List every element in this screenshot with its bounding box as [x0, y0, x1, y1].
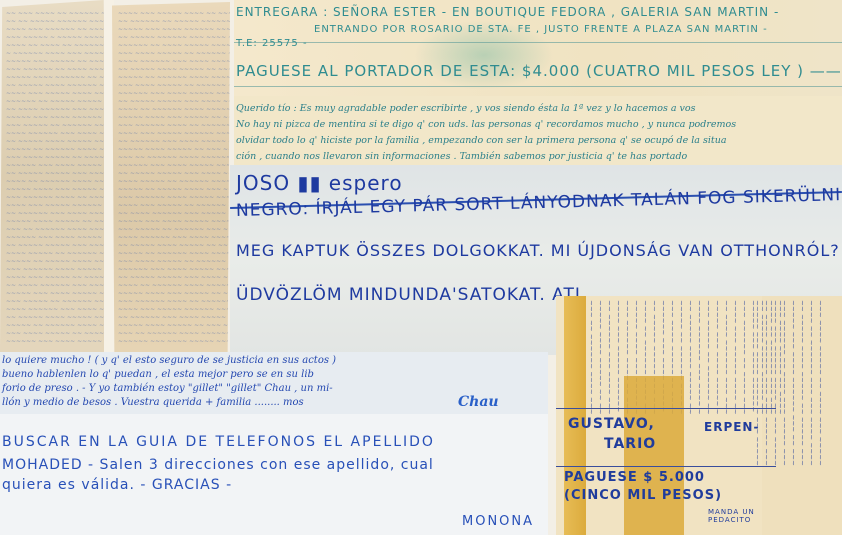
note-hu-top: JOSO ▮▮ espero: [236, 171, 403, 195]
ticket-gustavo: GUSTAVO, TARIO ERPEN- PAGUESE $ 5.000 (C…: [556, 408, 776, 518]
letter-line: olvidar todo lo q' hiciste por la famili…: [236, 133, 736, 149]
ticket-payment-2: (CINCO MIL PESOS): [564, 488, 722, 503]
note-lines: lo quiere mucho ! ( y q' el esto seguro …: [2, 354, 336, 410]
monona-line-1: BUSCAR EN LA GUIA DE TELEFONOS EL APELLI…: [2, 434, 435, 450]
note-line: forio de preso . - Y yo también estoy "g…: [2, 382, 336, 396]
ticket-name-1: GUSTAVO,: [568, 416, 655, 432]
receipt-phone: T.E: 25575 -: [236, 38, 308, 49]
receipt-note: ENTREGARA : SEÑORA ESTER - EN BOUTIQUE F…: [234, 0, 842, 96]
ticket-payment-1: PAGUESE $ 5.000: [564, 470, 705, 485]
receipt-payment: PAGUESE AL PORTADOR DE ESTA: $4.000 (CUA…: [236, 62, 842, 80]
monona-signature: MONONA: [462, 514, 534, 529]
signature-chau: Chau: [458, 394, 499, 410]
collage-bottom-right: ~~~ ~~~~ ~~~~~ ~~ ~~~~ ~~~~ ~~ ~~~~~~ ~~…: [556, 296, 842, 535]
ruled-line: [234, 42, 842, 43]
monona-line-3: quiera es válida. - GRACIAS -: [2, 477, 232, 493]
note-hu-line-3: ÜDVÖZLÖM MINDUNDA'SATOKAT. ATI: [236, 285, 581, 305]
letter-line: Querido tío : Es muy agradable poder esc…: [236, 101, 736, 117]
letter-fragment-spanish: Querido tío : Es muy agradable poder esc…: [234, 96, 842, 174]
note-line: lo quiere mucho ! ( y q' el esto seguro …: [2, 354, 336, 368]
receipt-line-2: ENTRANDO POR ROSARIO DE STA. FE , JUSTO …: [314, 24, 768, 35]
note-monona: BUSCAR EN LA GUIA DE TELEFONOS EL APELLI…: [0, 414, 548, 535]
ticket-name-2: TARIO: [604, 436, 656, 452]
receipt-line-1: ENTREGARA : SEÑORA ESTER - EN BOUTIQUE F…: [236, 5, 779, 19]
letter-line: No hay ni pizca de mentira si te digo q'…: [236, 117, 736, 133]
illegible-handwriting: ~~ ~~~ ~~~~ ~~ ~~~~~~ ~~~ ~~ ~~ ~~~~~ ~~…: [6, 10, 108, 346]
letter-lines: Querido tío : Es muy agradable poder esc…: [236, 101, 736, 165]
note-spanish-blue: lo quiere mucho ! ( y q' el esto seguro …: [0, 352, 548, 414]
note-line: bueno hablenlen lo q' puedan , el esta m…: [2, 368, 336, 382]
note-line: llón y medio de besos . Vuestra querida …: [2, 396, 336, 410]
ruled-line: [556, 466, 776, 467]
illegible-handwriting: ~~~~ ~~~ ~~~~~ ~~~~ ~~ ~~~~ ~~ ~~~~~~ ~~…: [118, 10, 230, 346]
monona-line-2: MOHADED - Salen 3 direcciones con ese ap…: [2, 457, 434, 473]
old-letter-page-left: ~~ ~~~ ~~~~ ~~ ~~~~~~ ~~~ ~~ ~~ ~~~~~ ~~…: [0, 0, 108, 352]
ruled-line: [556, 408, 776, 409]
old-letter-page-right: ~~~~ ~~~ ~~~~~ ~~~~ ~~ ~~~~ ~~ ~~~~~~ ~~…: [112, 2, 230, 352]
ticket-note: MANDA UN PEDACITO: [708, 508, 768, 524]
ticket-name-3: ERPEN-: [704, 420, 759, 434]
ruled-line: [234, 86, 842, 87]
letter-line: ción , cuando nos llevaron sin informaci…: [236, 149, 736, 165]
note-hu-line-2: MEG KAPTUK ÖSSZES DOLGOKKAT. MI ÚJDONSÁG…: [236, 241, 840, 260]
